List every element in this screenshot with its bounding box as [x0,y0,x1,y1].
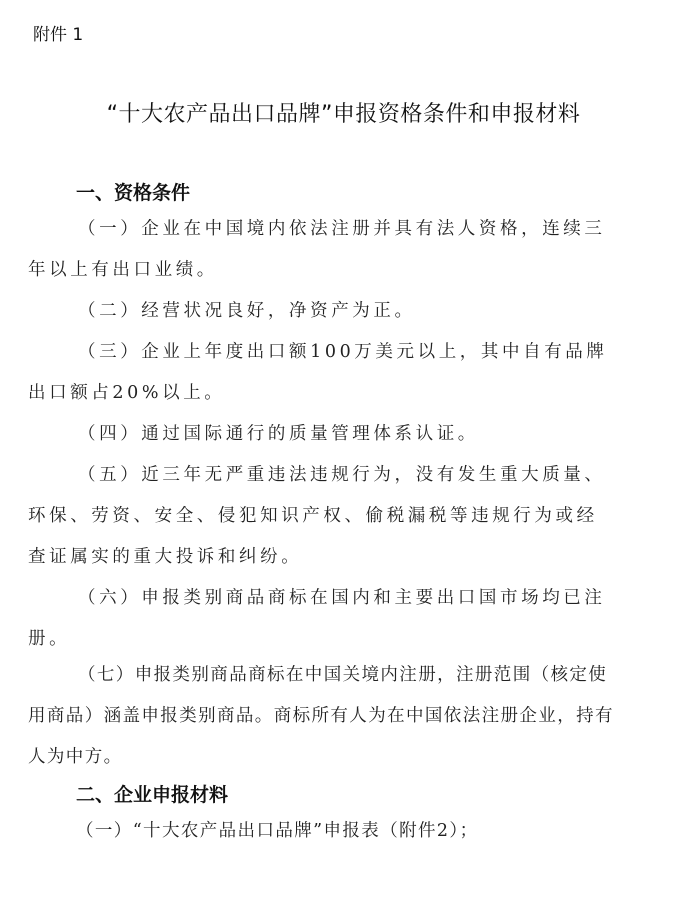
section-heading-qualifications: 一、资格条件 [76,178,190,205]
qualification-item-5: （五）近三年无严重违法违规行为，没有发生重大质量、环保、劳资、安全、侵犯知识产权… [28,455,618,578]
document-title: “十大农产品出口品牌”申报资格条件和申报材料 [0,97,679,128]
material-item-1: （一）“十大农产品出口品牌”申报表（附件2）； [28,811,618,852]
qualification-item-3: （三）企业上年度出口额100万美元以上，其中自有品牌出口额占20%以上。 [28,332,618,414]
qualification-item-4: （四）通过国际通行的质量管理体系认证。 [28,414,618,455]
annex-label: 附件 1 [33,20,83,45]
qualification-item-7: （七）申报类别商品商标在中国关境内注册，注册范围（核定使用商品）涵盖申报类别商品… [28,655,618,778]
qualification-item-6: （六）申报类别商品商标在国内和主要出口国市场均已注册。 [28,578,618,660]
qualification-item-1: （一）企业在中国境内依法注册并具有法人资格，连续三年以上有出口业绩。 [28,209,618,291]
qualification-item-2: （二）经营状况良好，净资产为正。 [28,291,618,332]
section-heading-materials: 二、企业申报材料 [76,780,228,807]
